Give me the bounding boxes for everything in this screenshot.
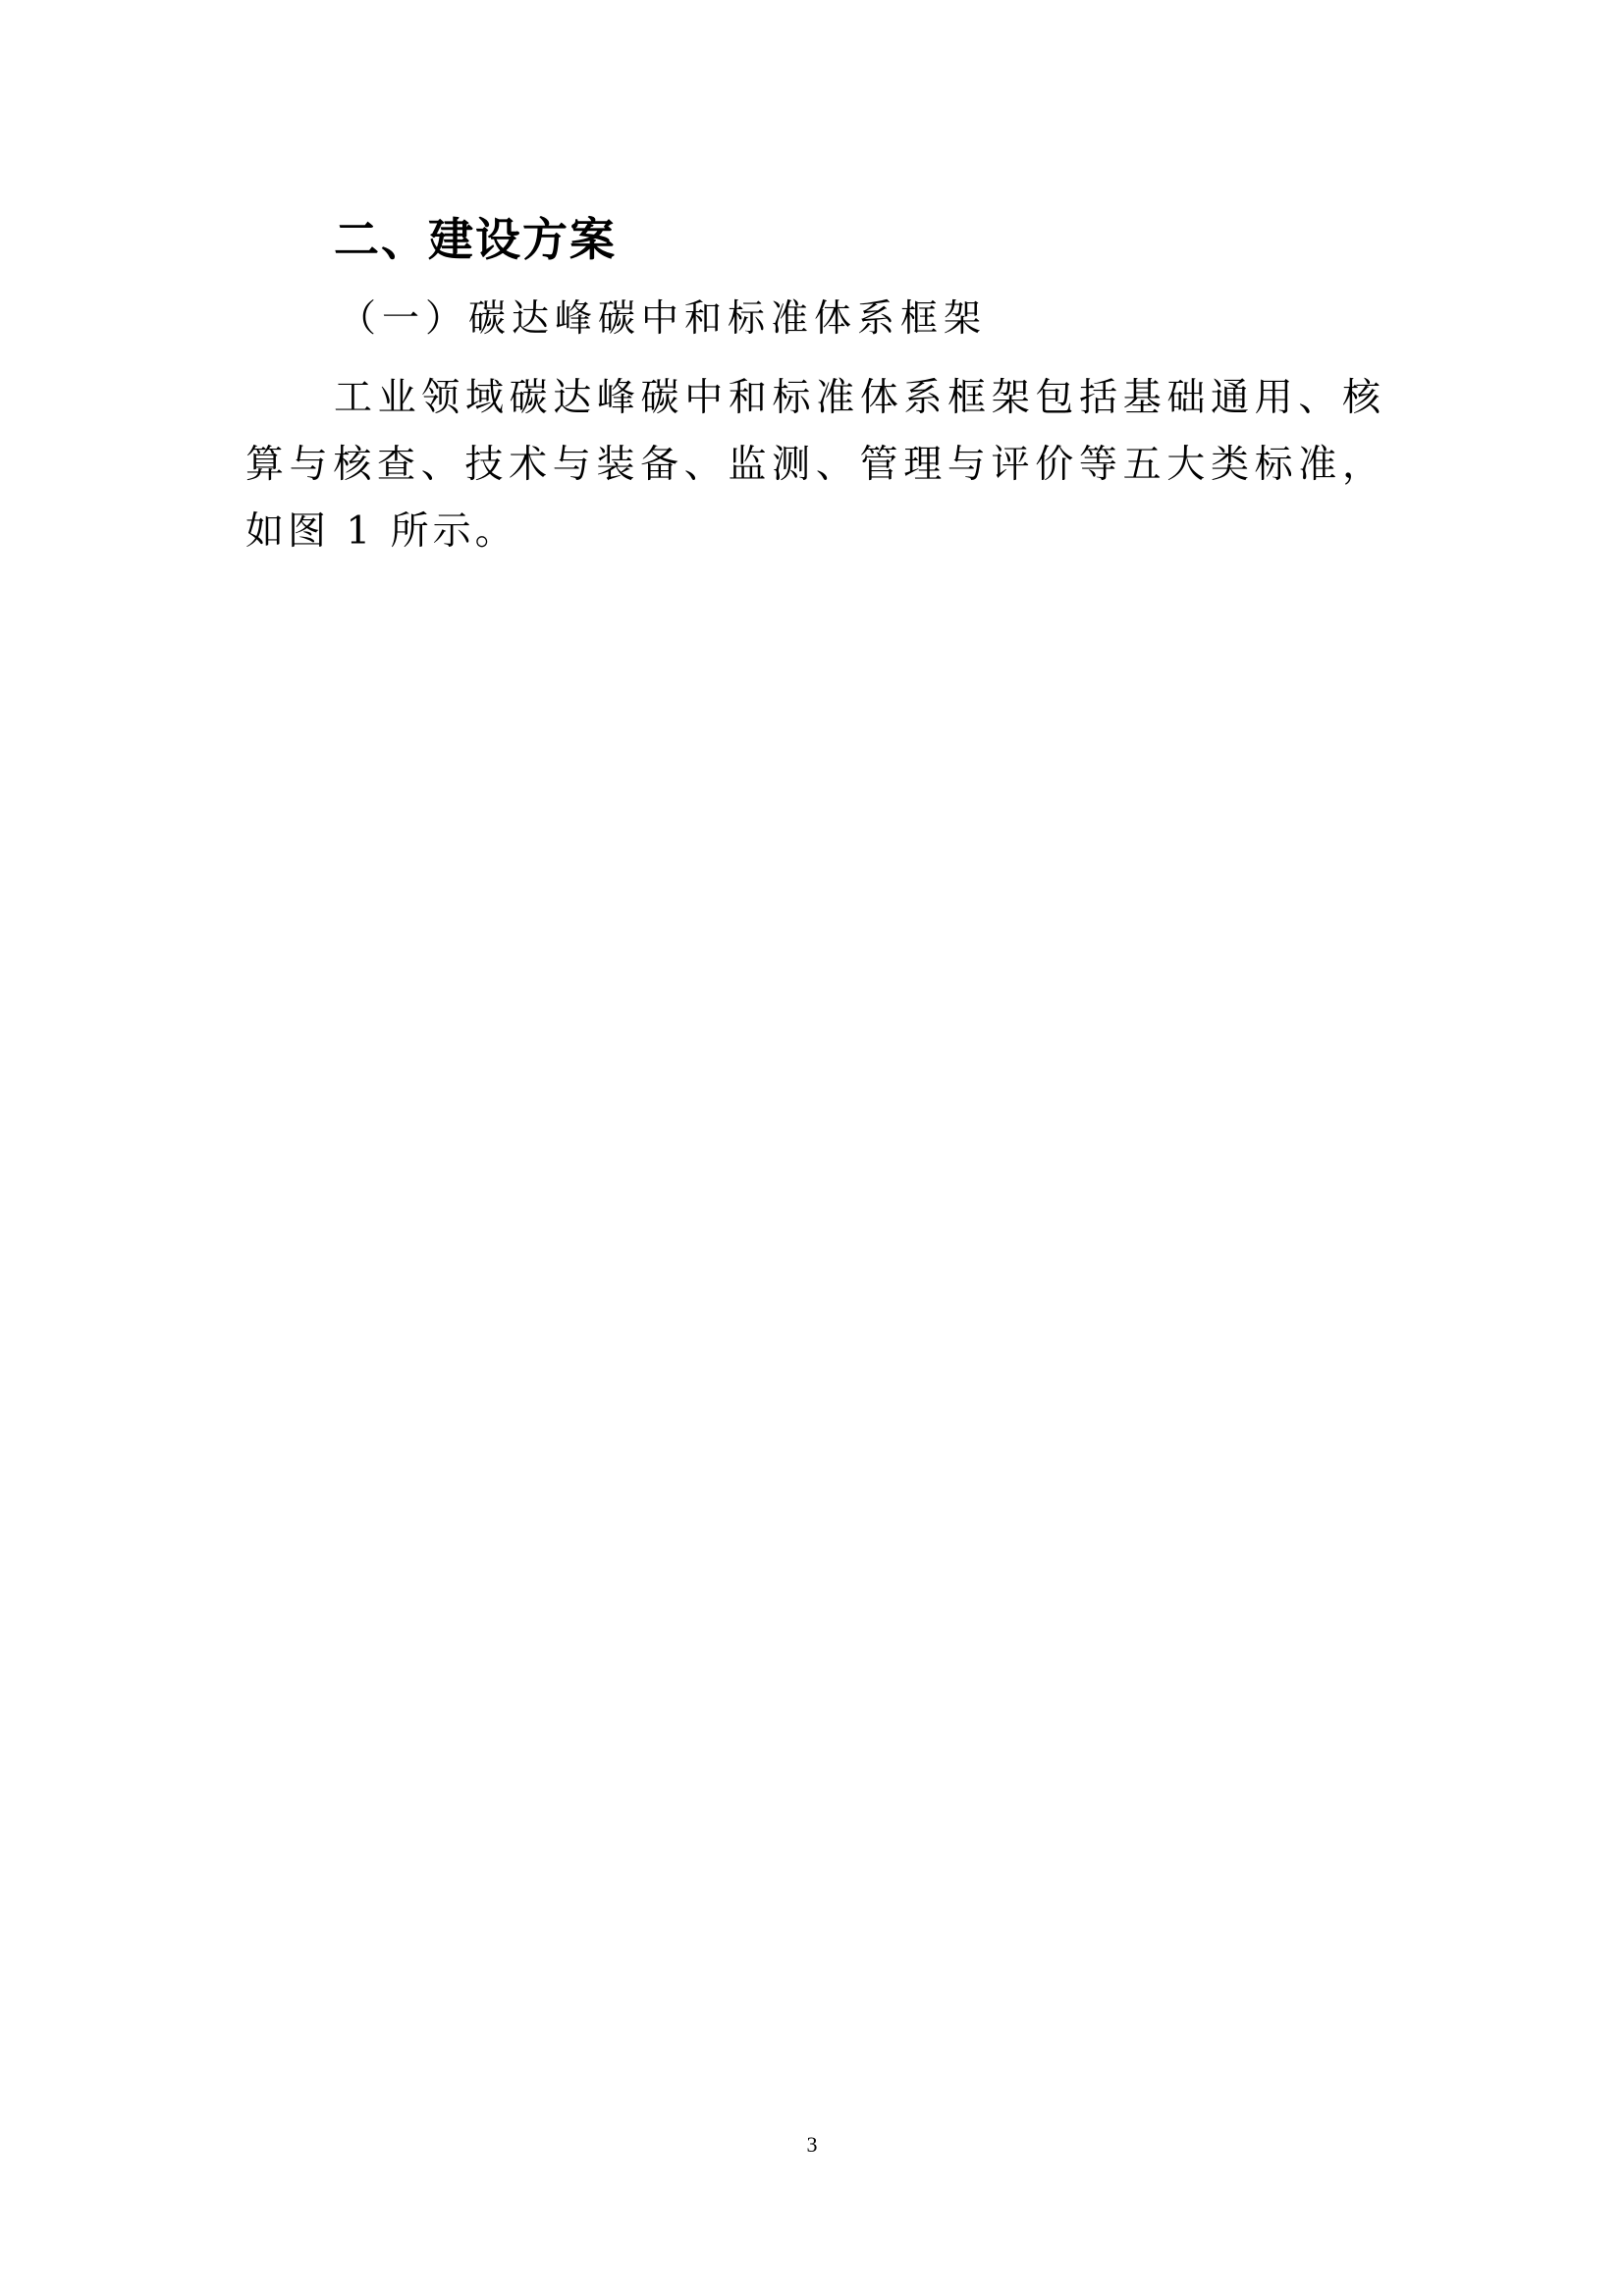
document-page: 二、建设方案 （一）碳达峰碳中和标准体系框架 工业领域碳达峰碳中和标准体系框架包… <box>0 0 1624 2296</box>
page-number: 3 <box>0 2130 1624 2160</box>
subsection-heading: （一）碳达峰碳中和标准体系框架 <box>339 291 987 346</box>
section-heading: 二、建设方案 <box>334 210 617 269</box>
body-paragraph: 工业领域碳达峰碳中和标准体系框架包括基础通用、核算与核查、技术与装备、监测、管理… <box>245 365 1384 565</box>
